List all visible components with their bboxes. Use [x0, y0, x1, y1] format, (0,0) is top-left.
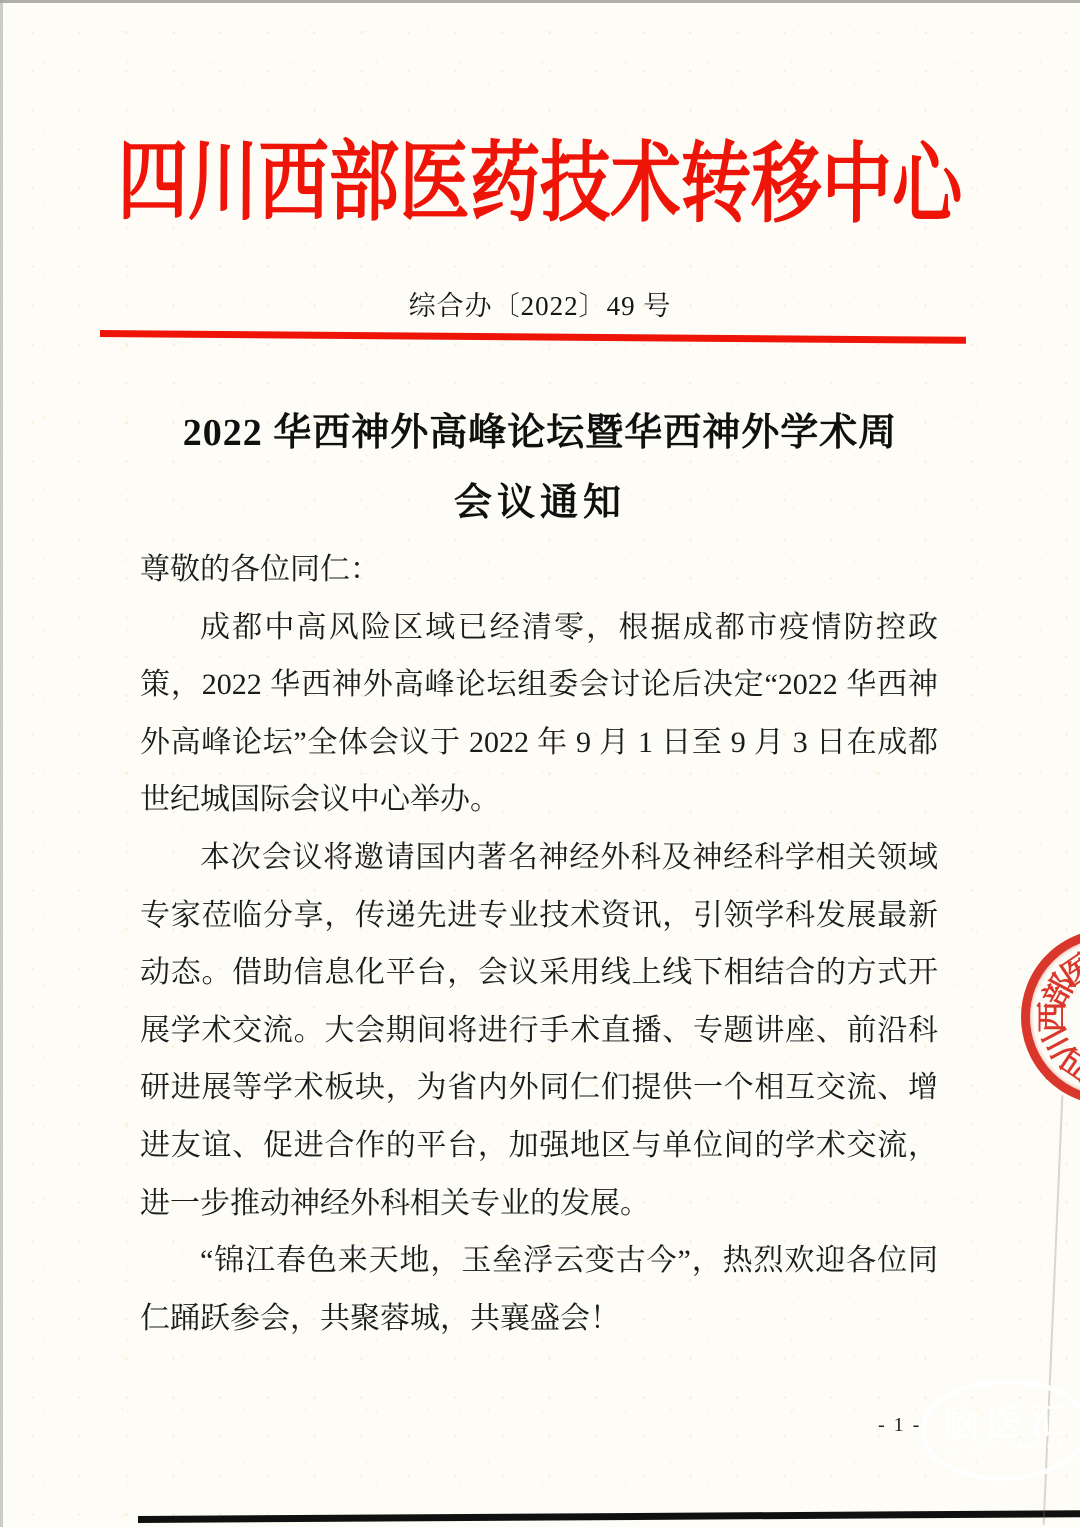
- red-divider-line: [100, 330, 966, 344]
- salutation: 尊敬的各位同仁：: [140, 541, 938, 599]
- watermark-text: 脑医汇: [920, 1392, 1080, 1449]
- body-paragraph: “锦江春色来天地，玉垒浮云变古今”，热烈欢迎各位同仁踊跃参会，共聚蓉城，共襄盛会…: [140, 1232, 938, 1347]
- notice-title-line1: 2022 华西神外高峰论坛暨华西神外学术周: [0, 401, 1080, 456]
- seal-inner-mark: [1045, 1073, 1052, 1080]
- notice-body: 尊敬的各位同仁： 成都中高风险区域已经清零，根据成都市疫情防控政策，2022 华…: [140, 541, 938, 1347]
- body-paragraph: 成都中高风险区域已经清零，根据成都市疫情防控政策，2022 华西神外高峰论坛组委…: [140, 599, 938, 829]
- document-number: 综合办〔2022〕49 号: [0, 284, 1080, 323]
- page-number: - 1 -: [878, 1414, 921, 1437]
- body-paragraph: 本次会议将邀请国内著名神经外科及神经科学相关领域专家莅临分享，传递先进专业技术资…: [140, 829, 938, 1232]
- official-seal: 四 川 西 部 医: [1021, 929, 1080, 1105]
- watermark-logo: 脑医汇: [919, 1376, 1080, 1484]
- scanned-document: { "header": { "letterhead": "四川西部医药技术转移中…: [0, 0, 1080, 1527]
- letterhead-title: 四川西部医药技术转移中心: [0, 132, 1080, 238]
- letterhead-title-text: 四川西部医药技术转移中心: [117, 132, 962, 237]
- scan-edge-bottom-line: [138, 1510, 1080, 1523]
- notice-title-line2: 会议通知: [0, 471, 1080, 526]
- scan-edge-top: [0, 0, 1080, 3]
